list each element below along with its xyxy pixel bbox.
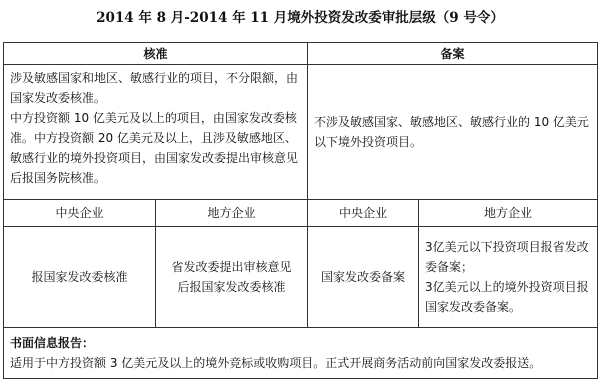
approval-table: 核准 备案 涉及敏感国家和地区、敏感行业的项目，不分限额，由国家发改委核准。 中… [3,42,598,379]
header-filing: 备案 [308,43,598,65]
approval-paragraph: 涉及敏感国家和地区、敏感行业的项目，不分限额，由国家发改委核准。 [10,68,301,108]
local-filing-cell: 3亿美元以下投资项目报省发改委备案； 3亿美元以上的境外投资项目报国家发改委备案… [419,227,598,328]
report-title: 书面信息报告： [10,333,591,353]
central-approval-cell: 报国家发改委核准 [4,227,156,328]
local-approval-cell: 省发改委提出审核意见后报国家发改委核准 [156,227,308,328]
subheader-local-enterprise: 地方企业 [156,200,308,227]
subheader-central-enterprise: 中央企业 [4,200,156,227]
report-text: 适用于中方投资额 3 亿美元及以上的境外竞标或收购项目。正式开展商务活动前向国家… [10,353,591,373]
header-approval: 核准 [4,43,308,65]
local-filing-line: 3亿美元以上的境外投资项目报国家发改委备案。 [425,277,591,317]
written-report-cell: 书面信息报告： 适用于中方投资额 3 亿美元及以上的境外竞标或收购项目。正式开展… [4,328,598,379]
subheader-central-enterprise: 中央企业 [308,200,419,227]
approval-paragraph: 中方投资额 10 亿美元及以上的项目，由国家发改委核准。中方投资额 20 亿美元… [10,108,301,188]
subheader-local-enterprise: 地方企业 [419,200,598,227]
local-filing-line: 3亿美元以下投资项目报省发改委备案； [425,237,591,277]
filing-description: 不涉及敏感国家、敏感地区、敏感行业的 10 亿美元以下境外投资项目。 [308,65,598,200]
page-title: 2014 年 8 月-2014 年 11 月境外投资发改委审批层级（9 号令） [0,6,600,26]
central-filing-cell: 国家发改委备案 [308,227,419,328]
approval-description: 涉及敏感国家和地区、敏感行业的项目，不分限额，由国家发改委核准。 中方投资额 1… [4,65,308,200]
